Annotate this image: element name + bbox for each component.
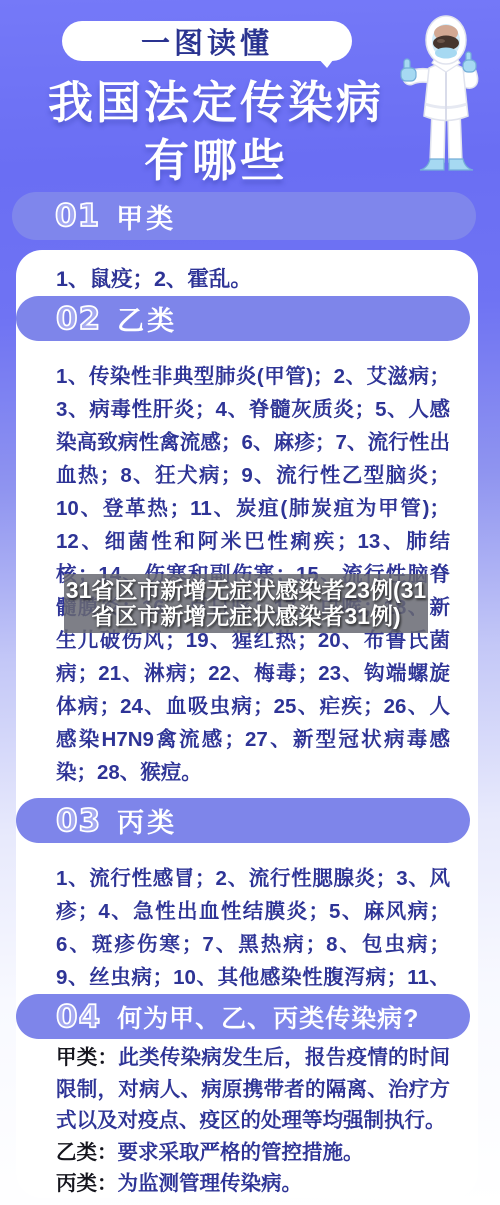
top-banner-text: 一图读懂	[141, 21, 273, 62]
class-c-definition-text: 为监测管理传染病。	[118, 1172, 303, 1195]
class-c-definition-term: 丙类：	[56, 1172, 118, 1195]
top-banner: 一图读懂	[62, 21, 352, 61]
article-title-line1: 31省区市新增无症状感染者23例(31	[66, 577, 426, 603]
content-card: 1、鼠疫；2、霍乱。 02 乙类 1、传染性非典型肺炎(甲管)；2、艾滋病；3、…	[16, 250, 478, 1198]
class-definitions: 甲类：此类传染病发生后，报告疫情的时间限制，对病人、病原携带者的隔离、治疗方式以…	[56, 1042, 450, 1200]
ppe-mascot-illustration	[396, 12, 496, 188]
class-b-definition-text: 要求采取严格的管控措施。	[118, 1141, 364, 1164]
infographic-poster: 一图读懂 我国法定传染病 有哪些	[0, 0, 500, 1205]
section-1-number: 01	[55, 198, 100, 234]
class-b-definition-term: 乙类：	[56, 1141, 118, 1164]
section-3-header: 03 丙类	[16, 798, 470, 843]
class-a-disease-list: 1、鼠疫；2、霍乱。	[56, 263, 450, 296]
class-b-definition: 乙类：要求采取严格的管控措施。	[56, 1137, 450, 1169]
class-a-definition: 甲类：此类传染病发生后，报告疫情的时间限制，对病人、病原携带者的隔离、治疗方式以…	[56, 1042, 450, 1137]
poster-title-line2: 有哪些	[0, 132, 432, 190]
section-4-label: 何为甲、乙、丙类传染病?	[117, 999, 419, 1035]
class-c-definition: 丙类：为监测管理传染病。	[56, 1168, 450, 1200]
section-4-number: 04	[56, 999, 101, 1035]
left-thumbs-up-glove	[401, 59, 416, 81]
section-4-header: 04 何为甲、乙、丙类传染病?	[16, 994, 470, 1039]
section-2-label: 乙类	[117, 299, 177, 338]
right-thumbs-up-glove	[463, 52, 476, 72]
article-title-overlay: 31省区市新增无症状感染者23例(31 省区市新增无症状感染者31例)	[64, 574, 428, 633]
class-a-definition-term: 甲类：	[56, 1046, 118, 1069]
poster-title-line1: 我国法定传染病	[0, 74, 432, 132]
section-1-header: 01 甲类	[12, 192, 476, 240]
section-2-number: 02	[56, 301, 101, 337]
section-1-label: 甲类	[116, 197, 176, 236]
article-title-line2: 省区市新增无症状感染者31例)	[91, 603, 400, 629]
section-3-number: 03	[56, 803, 101, 839]
section-2-header: 02 乙类	[16, 296, 470, 341]
section-3-label: 丙类	[117, 801, 177, 840]
poster-title: 我国法定传染病 有哪些	[0, 74, 432, 190]
